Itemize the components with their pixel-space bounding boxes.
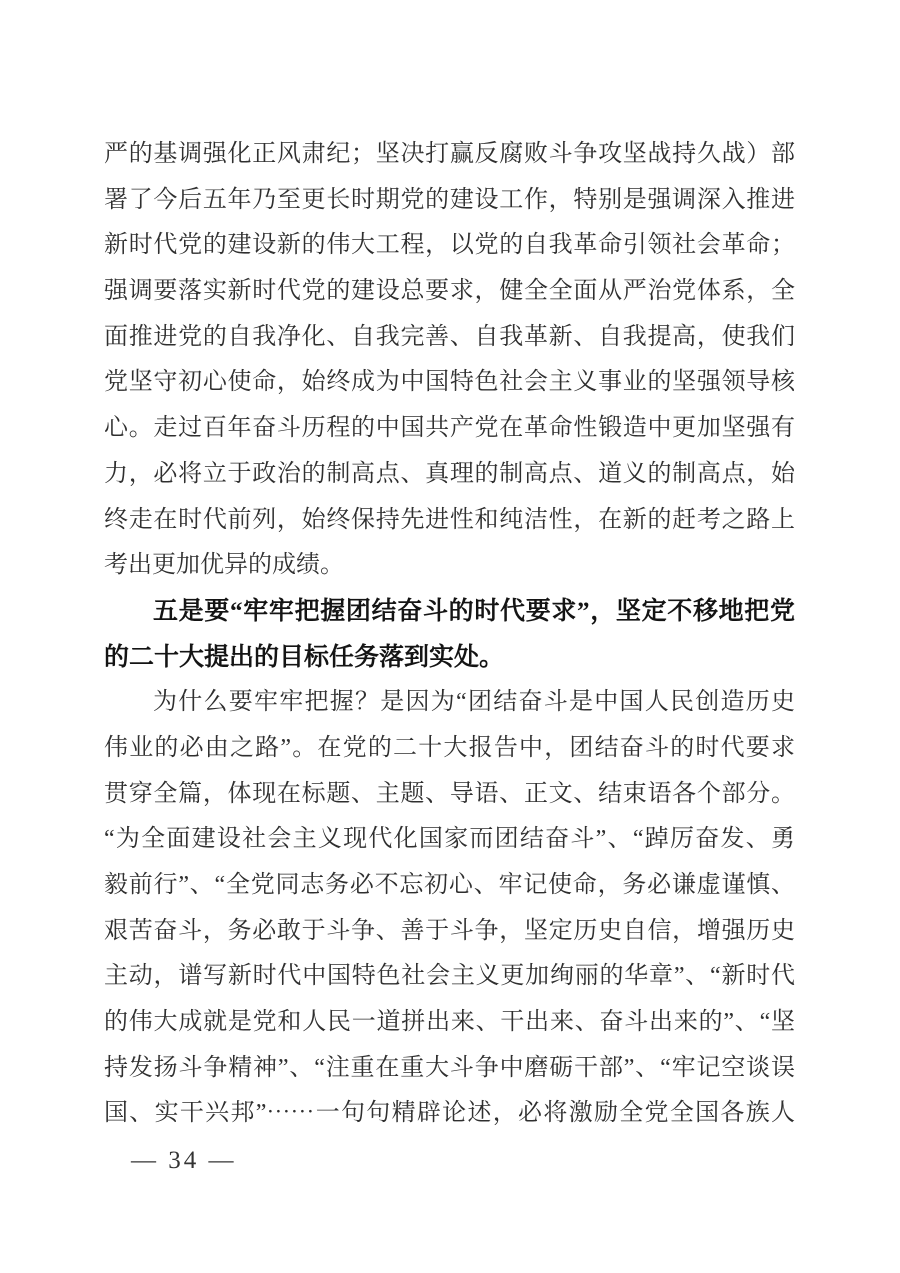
text-line: 伟业的必由之路”。在党的二十大报告中，团结奋斗的时代要求 (104, 726, 795, 772)
text-line: 心。走过百年奋斗历程的中国共产党在革命性锻造中更加坚强有 (104, 406, 795, 452)
text-line: 署了今后五年乃至更长时期党的建设工作，特别是强调深入推进 (104, 178, 795, 224)
text-line: 毅前行”、“全党同志务必不忘初心、牢记使命，务必谦虚谨慎、 (104, 863, 795, 909)
text-line: 贯穿全篇，体现在标题、主题、导语、正文、结束语各个部分。 (104, 772, 795, 818)
page-footer: — 34 — (131, 1146, 237, 1176)
text-line: 主动，谱写新时代中国特色社会主义更加绚丽的华章”、“新时代 (104, 954, 795, 1000)
text-line: 党坚守初心使命，始终成为中国特色社会主义事业的坚强领导核 (104, 360, 795, 406)
text-line: 为什么要牢牢把握？是因为“团结奋斗是中国人民创造历史 (104, 680, 795, 726)
text-line: 力，必将立于政治的制高点、真理的制高点、道义的制高点，始 (104, 452, 795, 498)
text-line: 终走在时代前列，始终保持先进性和纯洁性，在新的赶考之路上 (104, 498, 795, 544)
text-line: 强调要落实新时代党的建设总要求，健全全面从严治党体系，全 (104, 269, 795, 315)
text-line: 的二十大提出的目标任务落到实处。 (104, 635, 795, 681)
text-line: 严的基调强化正风肃纪；坚决打赢反腐败斗争攻坚战持久战）部 (104, 132, 795, 178)
text-line: 持发扬斗争精神”、“注重在重大斗争中磨砺干部”、“牢记空谈误 (104, 1046, 795, 1092)
text-line: 的伟大成就是党和人民一道拼出来、干出来、奋斗出来的”、“坚 (104, 1000, 795, 1046)
page-body-text: 严的基调强化正风肃纪；坚决打赢反腐败斗争攻坚战持久战）部 署了今后五年乃至更长时… (104, 132, 795, 1137)
text-line: 国、实干兴邦”⋯⋯一句句精辟论述，必将激励全党全国各族人 (104, 1091, 795, 1137)
text-line: “为全面建设社会主义现代化国家而团结奋斗”、“踔厉奋发、勇 (104, 817, 795, 863)
document-page: 严的基调强化正风肃纪；坚决打赢反腐败斗争攻坚战持久战）部 署了今后五年乃至更长时… (0, 0, 900, 1273)
text-line: 五是要“牢牢把握团结奋斗的时代要求”，坚定不移地把党 (104, 589, 795, 635)
text-line: 考出更加优异的成绩。 (104, 543, 795, 589)
text-line: 面推进党的自我净化、自我完善、自我革新、自我提高，使我们 (104, 315, 795, 361)
text-line: 艰苦奋斗，务必敢于斗争、善于斗争，坚定历史自信，增强历史 (104, 909, 795, 955)
page-number: — 34 — (131, 1147, 237, 1174)
text-line: 新时代党的建设新的伟大工程，以党的自我革命引领社会革命； (104, 223, 795, 269)
